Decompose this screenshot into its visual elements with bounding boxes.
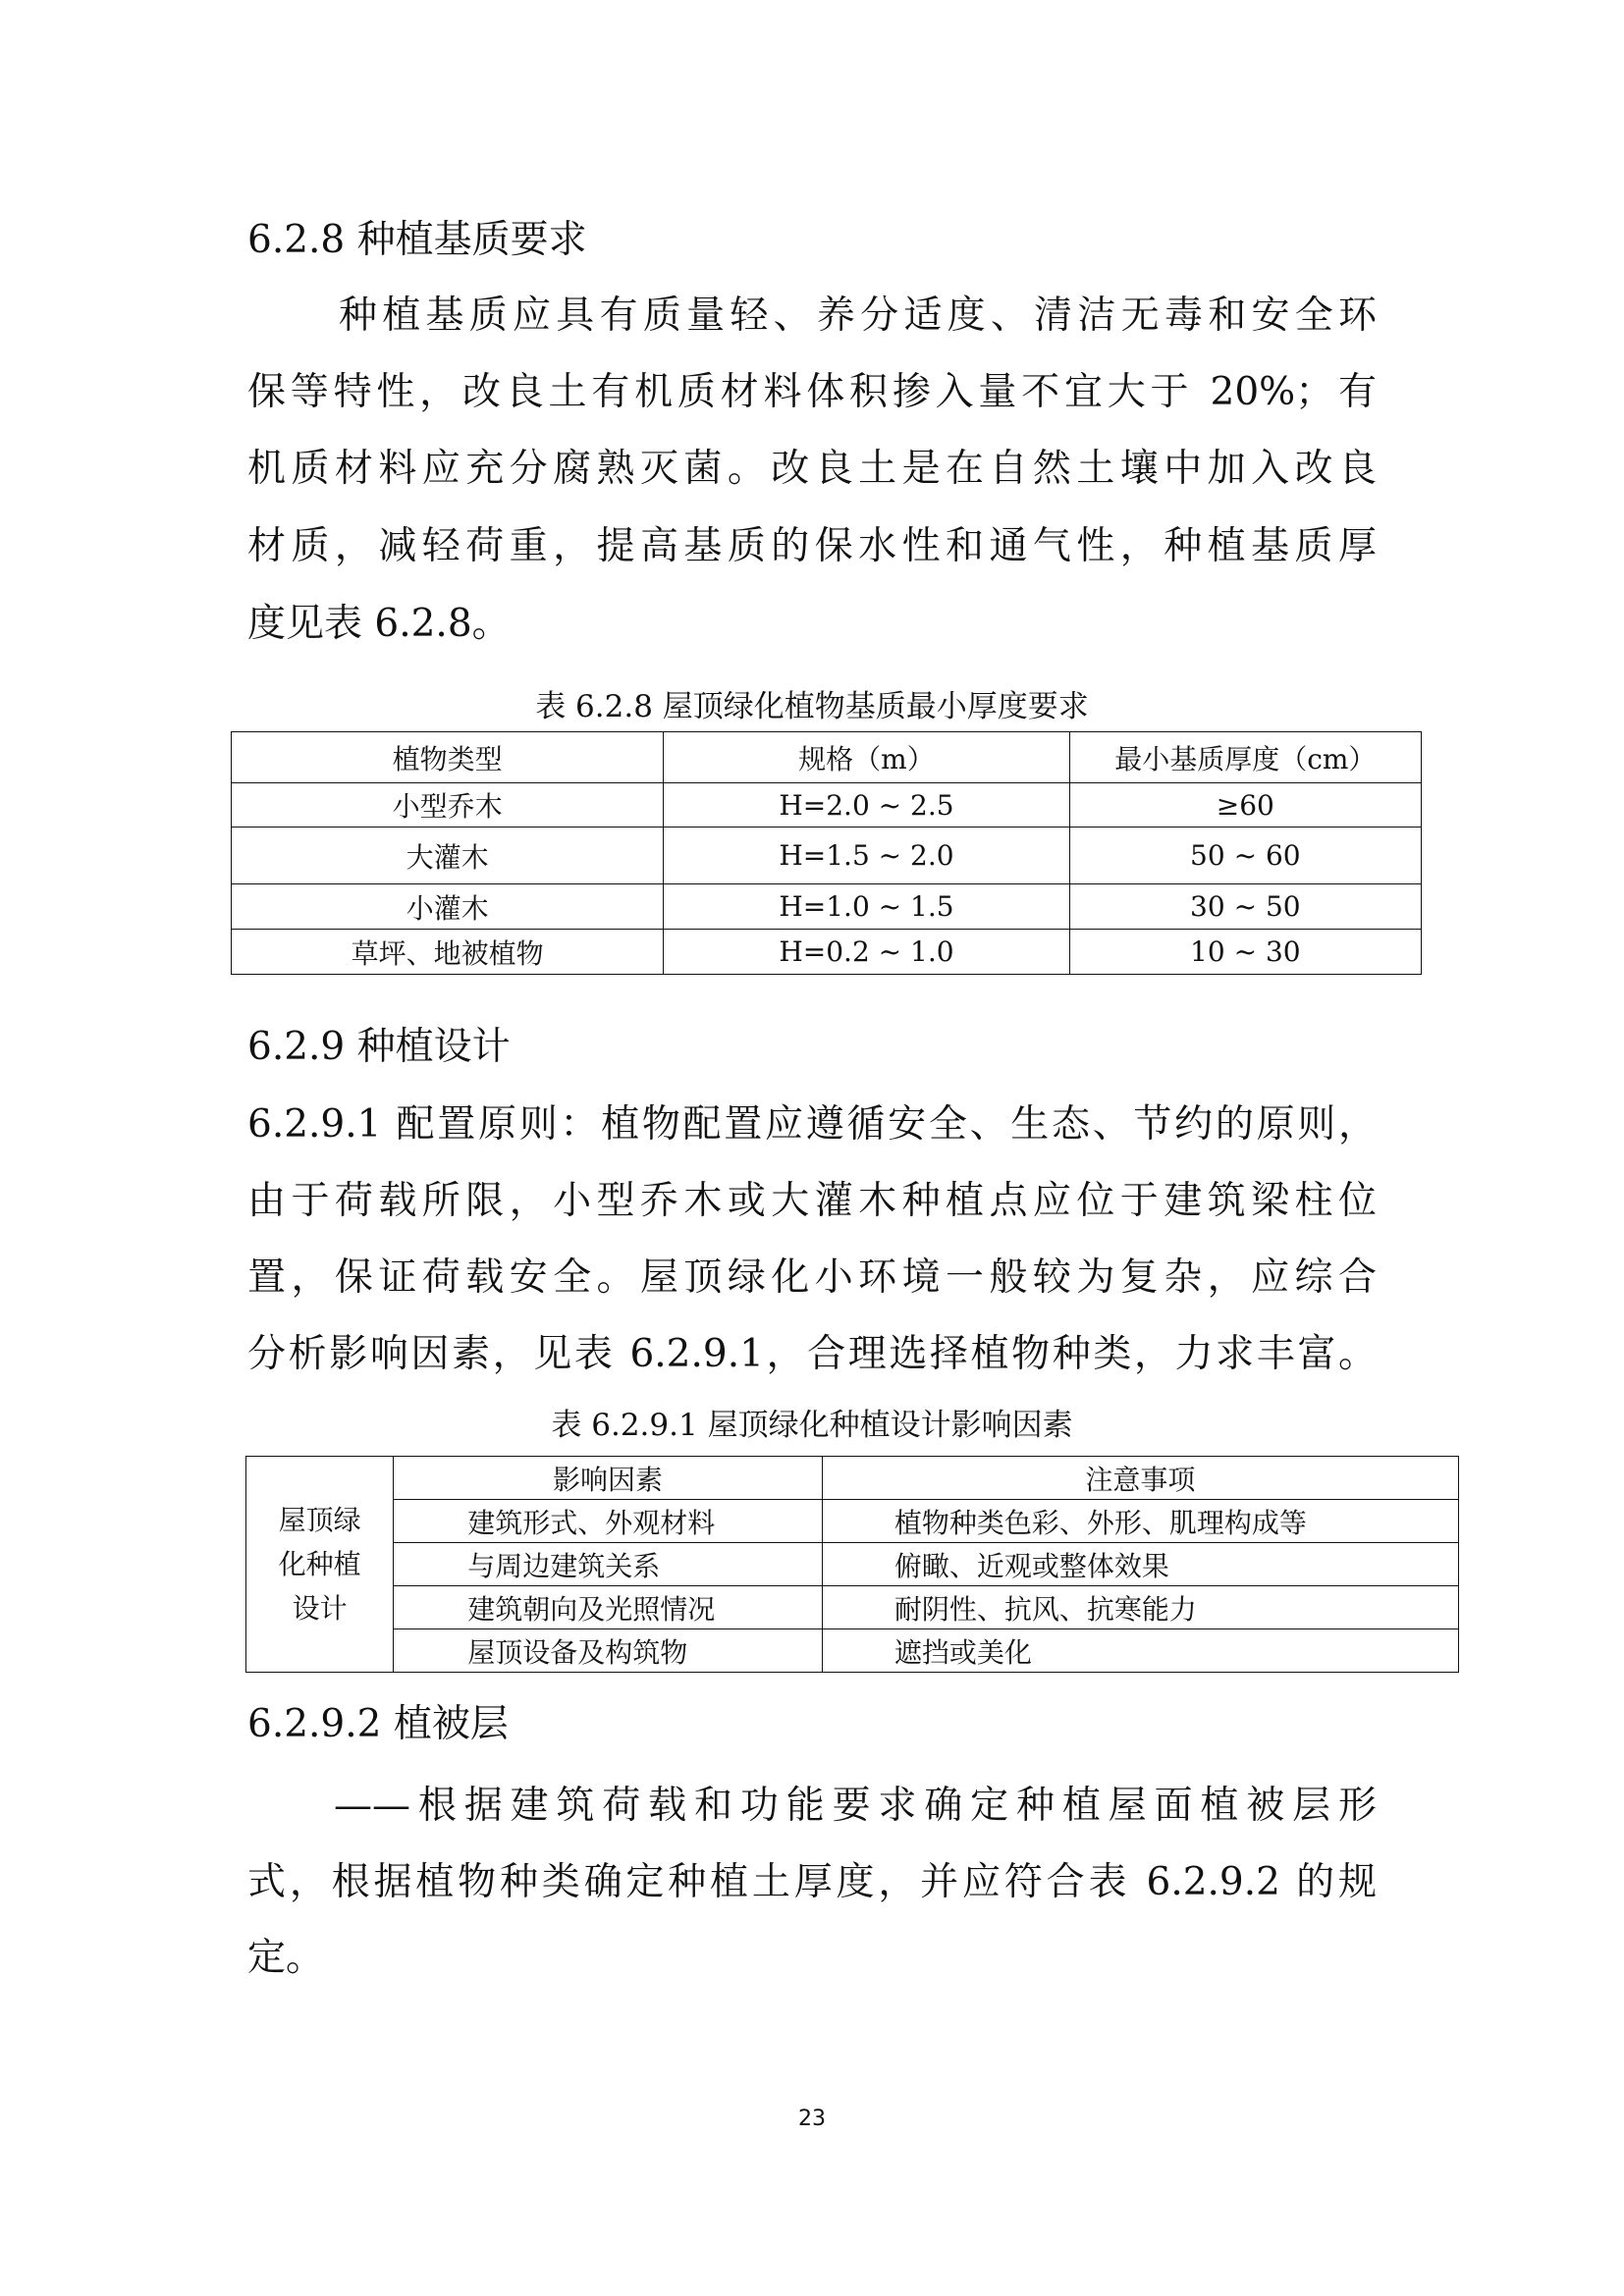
table-cell: H=0.2 ~ 1.0: [664, 930, 1069, 975]
paragraph-line: 种植基质应具有质量轻、养分适度、清洁无毒和安全环: [339, 292, 1377, 341]
table-row: 建筑朝向及光照情况 耐阴性、抗风、抗寒能力: [246, 1586, 1459, 1629]
table-cell: 俯瞰、近观或整体效果: [822, 1543, 1458, 1586]
table-caption: 表 6.2.8 屋顶绿化植物基质最小厚度要求: [0, 687, 1624, 726]
column-header: 最小基质厚度（cm）: [1069, 732, 1421, 783]
table-cell: 遮挡或美化: [822, 1629, 1458, 1673]
section-heading-6-2-8: 6.2.8 种植基质要求: [247, 216, 587, 265]
column-header: 规格（m）: [664, 732, 1069, 783]
table-cell: 大灌木: [232, 828, 664, 884]
paragraph-line: 保等特性，改良土有机质材料体积掺入量不宜大于 20%；有: [247, 368, 1377, 417]
table-cell: 30 ~ 50: [1069, 884, 1421, 930]
table-cell: 小灌木: [232, 884, 664, 930]
table-header-row: 屋顶绿 化种植 设计 影响因素 注意事项: [246, 1457, 1459, 1500]
paragraph-line: 机质材料应充分腐熟灭菌。改良土是在自然土壤中加入改良: [247, 445, 1377, 494]
table-caption: 表 6.2.9.1 屋顶绿化种植设计影响因素: [0, 1406, 1624, 1445]
paragraph-line: 分析影响因素，见表 6.2.9.1，合理选择植物种类，力求丰富。: [247, 1330, 1377, 1379]
paragraph-line: ——根据建筑荷载和功能要求确定种植屋面植被层形: [334, 1782, 1377, 1831]
paragraph-line: 置，保证荷载安全。屋顶绿化小环境一般较为复杂，应综合: [247, 1254, 1377, 1303]
table-cell: 屋顶设备及构筑物: [394, 1629, 823, 1673]
column-header: 影响因素: [394, 1457, 823, 1500]
paragraph-line: 式，根据植物种类确定种植土厚度，并应符合表 6.2.9.2 的规: [247, 1858, 1377, 1907]
table-cell: ≥60: [1069, 783, 1421, 828]
table-header-row: 植物类型 规格（m） 最小基质厚度（cm）: [232, 732, 1422, 783]
table-cell: 建筑朝向及光照情况: [394, 1586, 823, 1629]
table-row: 小型乔木 H=2.0 ~ 2.5 ≥60: [232, 783, 1422, 828]
paragraph-line: 由于荷载所限，小型乔木或大灌木种植点应位于建筑梁柱位: [247, 1177, 1377, 1226]
row-group-label-line: 屋顶绿: [246, 1498, 393, 1542]
table-cell: 耐阴性、抗风、抗寒能力: [822, 1586, 1458, 1629]
row-group-label: 屋顶绿 化种植 设计: [246, 1457, 394, 1673]
row-group-label-line: 化种植: [246, 1542, 393, 1586]
table-cell: 10 ~ 30: [1069, 930, 1421, 975]
table-row: 大灌木 H=1.5 ~ 2.0 50 ~ 60: [232, 828, 1422, 884]
table-cell: 建筑形式、外观材料: [394, 1500, 823, 1543]
table-row: 屋顶设备及构筑物 遮挡或美化: [246, 1629, 1459, 1673]
table-cell: H=2.0 ~ 2.5: [664, 783, 1069, 828]
table-cell: 小型乔木: [232, 783, 664, 828]
table-row: 小灌木 H=1.0 ~ 1.5 30 ~ 50: [232, 884, 1422, 930]
paragraph-line: 材质，减轻荷重，提高基质的保水性和通气性，种植基质厚: [247, 522, 1377, 571]
row-group-label-line: 设计: [246, 1586, 393, 1630]
page-number: 23: [0, 2107, 1624, 2131]
paragraph-line: 定。: [247, 1934, 1377, 1983]
section-heading-6-2-9-2: 6.2.9.2 植被层: [247, 1700, 509, 1749]
table-cell: 与周边建筑关系: [394, 1543, 823, 1586]
planting-design-factors-table: 屋顶绿 化种植 设计 影响因素 注意事项 建筑形式、外观材料 植物种类色彩、外形…: [245, 1456, 1459, 1673]
table-row: 草坪、地被植物 H=0.2 ~ 1.0 10 ~ 30: [232, 930, 1422, 975]
table-cell: H=1.5 ~ 2.0: [664, 828, 1069, 884]
table-cell: 植物种类色彩、外形、肌理构成等: [822, 1500, 1458, 1543]
column-header: 注意事项: [822, 1457, 1458, 1500]
table-row: 建筑形式、外观材料 植物种类色彩、外形、肌理构成等: [246, 1500, 1459, 1543]
table-cell: H=1.0 ~ 1.5: [664, 884, 1069, 930]
paragraph-line: 度见表 6.2.8。: [247, 600, 1377, 649]
paragraph-line: 6.2.9.1 配置原则：植物配置应遵循安全、生态、节约的原则，: [247, 1100, 1377, 1149]
table-cell: 草坪、地被植物: [232, 930, 664, 975]
substrate-thickness-table: 植物类型 规格（m） 最小基质厚度（cm） 小型乔木 H=2.0 ~ 2.5 ≥…: [231, 731, 1422, 975]
column-header: 植物类型: [232, 732, 664, 783]
section-heading-6-2-9: 6.2.9 种植设计: [247, 1023, 511, 1072]
table-cell: 50 ~ 60: [1069, 828, 1421, 884]
table-row: 与周边建筑关系 俯瞰、近观或整体效果: [246, 1543, 1459, 1586]
